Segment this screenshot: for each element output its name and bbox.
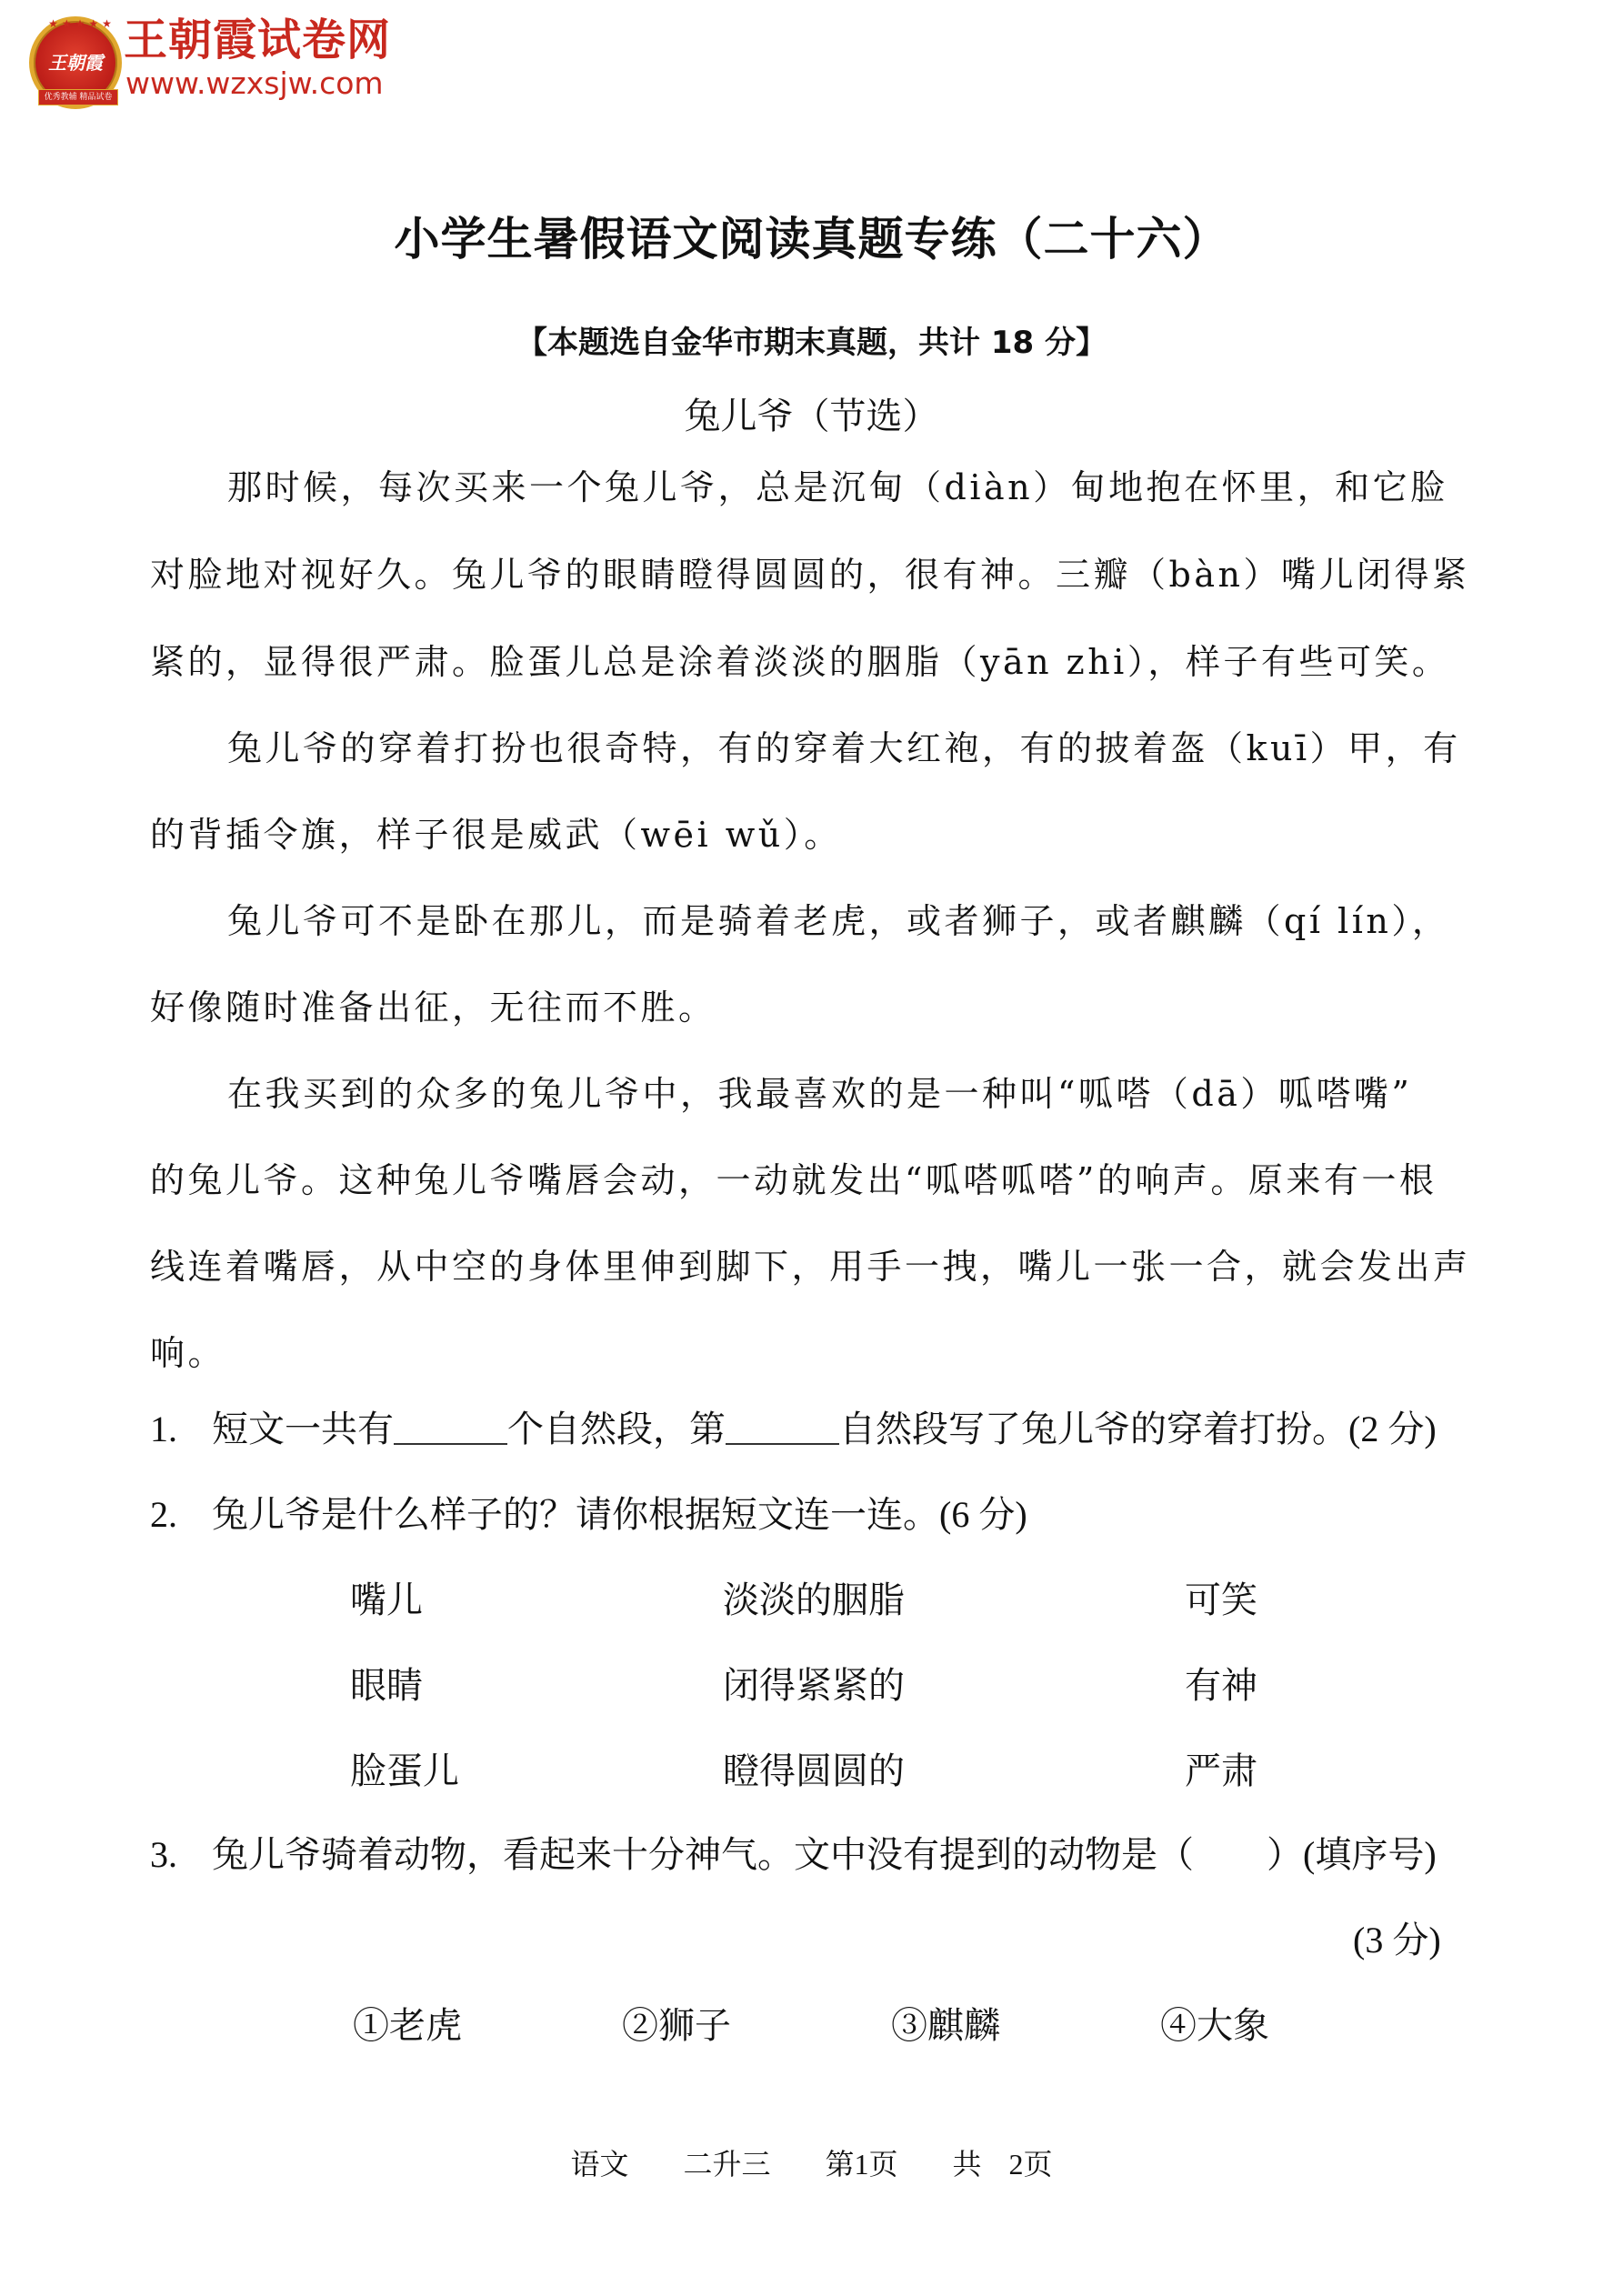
question-text: 兔儿爷骑着动物，看起来十分神气。文中没有提到的动物是（ ）(填序号) — [212, 1834, 1437, 1875]
match-right-item[interactable]: 有神 — [1185, 1660, 1257, 1711]
option-2[interactable]: ②狮子 — [622, 2000, 731, 2051]
question-number: 3. — [150, 1834, 177, 1875]
passage-title: 兔儿爷（节选） — [0, 391, 1623, 442]
match-right-item[interactable]: 可笑 — [1185, 1575, 1257, 1626]
passage-line: 兔儿爷的穿着打扮也很奇特，有的穿着大红袍，有的披着盔（kuī）甲，有 — [227, 723, 1555, 774]
match-middle-item[interactable]: 淡淡的胭脂 — [723, 1575, 905, 1626]
page-title: 小学生暑假语文阅读真题专练（二十六） — [0, 207, 1623, 271]
passage-line: 好像随时准备出征，无往而不胜。 — [150, 982, 1478, 1033]
question-text: 短文一共有 — [212, 1409, 394, 1449]
brand-url[interactable]: www.wzxsjw.com — [125, 65, 384, 102]
page-footer: 语文 二升三 第1页 共 2页 — [0, 2142, 1623, 2186]
question-3: 3. 兔儿爷骑着动物，看起来十分神气。文中没有提到的动物是（ ）(填序号) — [150, 1830, 1437, 1880]
passage-line: 对脸地对视好久。兔儿爷的眼睛瞪得圆圆的，很有神。三瓣（bàn）嘴儿闭得紧 — [150, 549, 1478, 600]
match-left-item[interactable]: 眼睛 — [350, 1660, 423, 1711]
passage-line: 的背插令旗，样子很是威武（wēi wǔ）。 — [150, 809, 1478, 860]
stars-icon: ★★★★★ — [41, 17, 123, 30]
question-text: 自然段写了兔儿爷的穿着打扮。(2 分) — [839, 1409, 1437, 1449]
answer-blank-paragraph-number[interactable] — [726, 1407, 839, 1445]
match-middle-item[interactable]: 闭得紧紧的 — [723, 1660, 905, 1711]
question-number: 1. — [150, 1409, 177, 1449]
match-middle-item[interactable]: 瞪得圆圆的 — [723, 1746, 905, 1797]
option-1[interactable]: ①老虎 — [353, 2000, 462, 2051]
question-text: 个自然段，第 — [507, 1409, 726, 1449]
option-3[interactable]: ③麒麟 — [891, 2000, 1000, 2051]
question-1: 1. 短文一共有个自然段，第自然段写了兔儿爷的穿着打扮。(2 分) — [150, 1404, 1437, 1455]
question-number: 2. — [150, 1494, 177, 1535]
passage-line: 的兔儿爷。这种兔儿爷嘴唇会动，一动就发出“呱嗒呱嗒”的响声。原来有一根 — [150, 1155, 1478, 1206]
match-left-item[interactable]: 脸蛋儿 — [350, 1746, 459, 1797]
option-4[interactable]: ④大象 — [1160, 2000, 1269, 2051]
exam-page: ★★★★★ 王朝霞 优秀教辅 精品试卷 王朝霞试卷网 www.wzxsjw.co… — [0, 0, 1623, 2296]
passage-line: 紧的，显得很严肃。脸蛋儿总是涂着淡淡的胭脂（yān zhi），样子有些可笑。 — [150, 637, 1478, 687]
source-note: 【本题选自金华市期末真题，共计 18 分】 — [0, 320, 1623, 366]
match-left-item[interactable]: 嘴儿 — [350, 1575, 423, 1626]
brand-name: 王朝霞试卷网 — [124, 15, 391, 65]
badge-ribbon: 优秀教辅 精品试卷 — [38, 89, 118, 105]
badge-text: 王朝霞 — [34, 48, 117, 75]
answer-blank-paragraph-count[interactable] — [394, 1407, 507, 1445]
passage-line: 在我买到的众多的兔儿爷中，我最喜欢的是一种叫“呱嗒（dā）呱嗒嘴” — [227, 1068, 1555, 1119]
site-logo[interactable]: ★★★★★ 王朝霞 优秀教辅 精品试卷 王朝霞试卷网 www.wzxsjw.co… — [25, 11, 407, 111]
passage-line: 兔儿爷可不是卧在那儿，而是骑着老虎，或者狮子，或者麒麟（qí lín）， — [227, 896, 1555, 947]
passage-line: 响。 — [150, 1328, 1478, 1379]
passage-line: 那时候，每次买来一个兔儿爷，总是沉甸（diàn）甸地抱在怀里，和它脸 — [227, 462, 1555, 513]
question-3-score: (3 分) — [1353, 1915, 1441, 1966]
match-right-item[interactable]: 严肃 — [1185, 1746, 1257, 1797]
question-text: 兔儿爷是什么样子的？请你根据短文连一连。(6 分) — [212, 1494, 1027, 1535]
question-2: 2. 兔儿爷是什么样子的？请你根据短文连一连。(6 分) — [150, 1489, 1027, 1540]
passage-line: 线连着嘴唇，从中空的身体里伸到脚下，用手一拽，嘴儿一张一合，就会发出声 — [150, 1241, 1478, 1292]
